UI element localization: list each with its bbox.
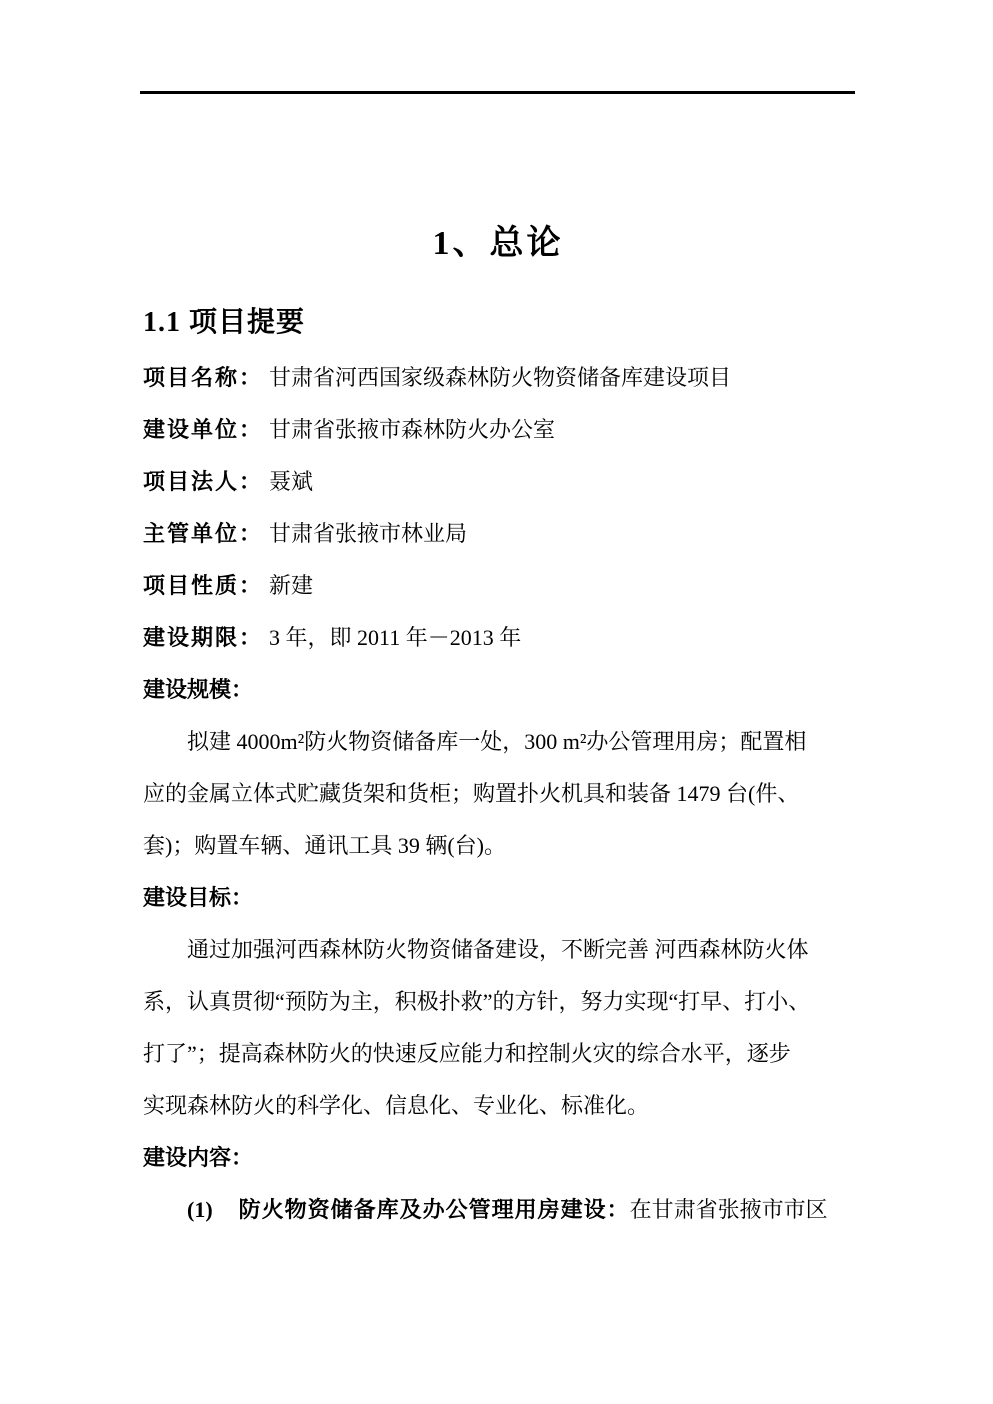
goal-paragraph-line: 系，认真贯彻“预防为主，积极扑救”的方针，努力实现“打早、打小、 <box>143 976 857 1028</box>
field-label: 建设期限： <box>143 625 263 650</box>
field-row-legal-person: 项目法人：聂斌 <box>143 456 857 508</box>
field-row-project-nature: 项目性质：新建 <box>143 560 857 612</box>
field-row-construction-period: 建设期限：3 年，即 2011 年－2013 年 <box>143 612 857 664</box>
item-bold-title: 防火物资储备库及办公管理用房建设： <box>239 1197 630 1222</box>
field-label: 建设单位： <box>143 417 263 442</box>
content-item-1: (1)防火物资储备库及办公管理用房建设：在甘肃省张掖市市区 <box>143 1184 857 1236</box>
field-row-supervising-unit: 主管单位：甘肃省张掖市林业局 <box>143 508 857 560</box>
goal-heading: 建设目标： <box>143 872 857 924</box>
field-value: 甘肃省河西国家级森林防火物资储备库建设项目 <box>269 365 731 390</box>
field-row-construction-unit: 建设单位：甘肃省张掖市森林防火办公室 <box>143 404 857 456</box>
document-page: 1、总论 1.1 项目提要 项目名称：甘肃省河西国家级森林防火物资储备库建设项目… <box>0 0 993 1404</box>
field-label: 项目性质： <box>143 573 263 598</box>
chapter-title: 1、总论 <box>141 218 855 270</box>
document-body: 项目名称：甘肃省河西国家级森林防火物资储备库建设项目 建设单位：甘肃省张掖市森林… <box>143 352 857 1236</box>
goal-paragraph-line: 实现森林防火的科学化、信息化、专业化、标准化。 <box>143 1080 857 1132</box>
field-row-project-name: 项目名称：甘肃省河西国家级森林防火物资储备库建设项目 <box>143 352 857 404</box>
goal-paragraph-line: 通过加强河西森林防火物资储备建设，不断完善 河西森林防火体 <box>143 924 857 976</box>
field-label: 主管单位： <box>143 521 263 546</box>
field-value: 聂斌 <box>269 469 313 494</box>
field-value: 甘肃省张掖市林业局 <box>269 521 467 546</box>
field-value: 3 年，即 2011 年－2013 年 <box>269 625 521 650</box>
content-heading: 建设内容： <box>143 1132 857 1184</box>
item-number: (1) <box>187 1197 213 1222</box>
scale-heading: 建设规模： <box>143 664 857 716</box>
scale-paragraph-line: 拟建 4000m²防火物资储备库一处，300 m²办公管理用房；配置相 <box>143 716 857 768</box>
field-value: 甘肃省张掖市森林防火办公室 <box>269 417 555 442</box>
field-label: 项目名称： <box>143 365 263 390</box>
scale-paragraph-line: 套)；购置车辆、通讯工具 39 辆(台)。 <box>143 820 857 872</box>
header-rule <box>140 91 855 94</box>
goal-paragraph-line: 打了”；提高森林防火的快速反应能力和控制火灾的综合水平，逐步 <box>143 1028 857 1080</box>
item-text: 在甘肃省张掖市市区 <box>630 1197 828 1222</box>
field-label: 项目法人： <box>143 469 263 494</box>
scale-paragraph-line: 应的金属立体式贮藏货架和货柜；购置扑火机具和装备 1479 台(件、 <box>143 768 857 820</box>
section-heading: 1.1 项目提要 <box>143 300 305 346</box>
field-value: 新建 <box>269 573 313 598</box>
